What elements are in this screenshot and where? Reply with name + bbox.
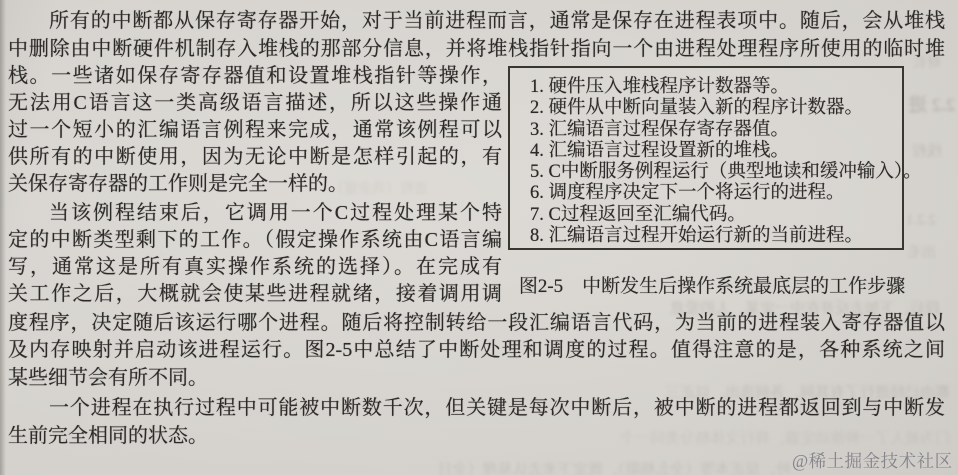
text-line: 定的中断类型剩下的工作。（假定操作系统由C语言编 [8,228,502,253]
text-line: 写，通常这是所有真实操作系统的选择）。在完成有 [8,255,502,280]
text-line: 栈。一些诸如保存寄存器值和设置堆栈指针等操作， [8,64,502,89]
figure-2-5-box: 1. 硬件压入堆栈程序计数器等。 2. 硬件从中断向量装入新的程序计数器。 3.… [508,66,904,250]
figure-step: 2. 硬件从中断向量装入新的程序计数器。 [530,98,894,119]
figure-step: 4. 汇编语言过程设置新的堆栈。 [530,141,894,162]
bleed-mark: 2.2.1 [906,212,936,229]
figure-step: 1. 硬件压入堆栈程序计数器等。 [530,77,894,98]
bleed-mark: 2.2 进 [908,90,956,117]
bleed-mark: 叶，反正本等（全么格限），既定下来去认易理（全日 [480,458,790,475]
page-edge-shadow [0,0,6,475]
text-line: 一个进程在执行过程中可能被中断数千次，但关键是每次中断后，被中断的进程都返回到与… [8,396,945,421]
figure-step: 3. 汇编语言过程保存寄存器值。 [530,120,894,141]
figure-step: 5. C中断服务例程运行（典型地读和缓冲输入）。 [530,162,894,183]
bleed-mark: 线程 [912,140,942,161]
text-line: 生前完全相同的状态。 [8,424,945,449]
text-line: 所有的中断都从保存寄存器开始，对于当前进程而言，通常是保存在进程表项中。随后，会… [8,9,945,34]
scanned-page: 2.2 进 线程 2.2.1 财长 出毛 段后，下加去反并在中一定某，人的爱意 … [0,0,958,475]
text-line: 关工作之后，大概就会使某些进程就绪，接着调用调 [8,282,502,307]
figure-step: 8. 汇编语言过程开始运行新的当前进程。 [530,226,894,247]
bleed-mark: 出毛 [908,242,936,262]
figure-step: 6. 调度程序决定下一个将运行的进程。 [530,183,894,204]
watermark: @稀土掘金技术社区 [792,448,953,473]
text-line: 关保存寄存器的工作则是完全一样的。 [8,172,502,197]
text-line: 过一个短小的汇编语言例程来完成，通常该例程可以 [8,118,502,143]
figure-caption: 图2-5 中断发生后操作系统最底层的工作步骤 [506,271,918,298]
text-line: 某些细节会有所不同。 [8,366,945,391]
text-line: 中删除由中断硬件机制存入堆栈的那部分信息，并将堆栈指针指向一个由进程处理程序所使… [8,37,945,62]
text-line: 当该例程结束后，它调用一个C过程处理某个特 [8,201,502,226]
text-line: 供所有的中断使用，因为无论中断是怎样引起的，有 [8,145,502,170]
text-line: 及内存映射并启动该进程运行。图2-5中总结了中断处理和调度的过程。值得注意的是，… [8,338,945,363]
text-line: 度程序，决定随后该运行哪个进程。随后将控制转给一段汇编语言代码，为当前的进程装入… [8,311,945,336]
text-line: 无法用C语言这一类高级语言描述，所以这些操作通 [8,91,502,116]
figure-step: 7. C过程返回至汇编代码。 [530,205,894,226]
